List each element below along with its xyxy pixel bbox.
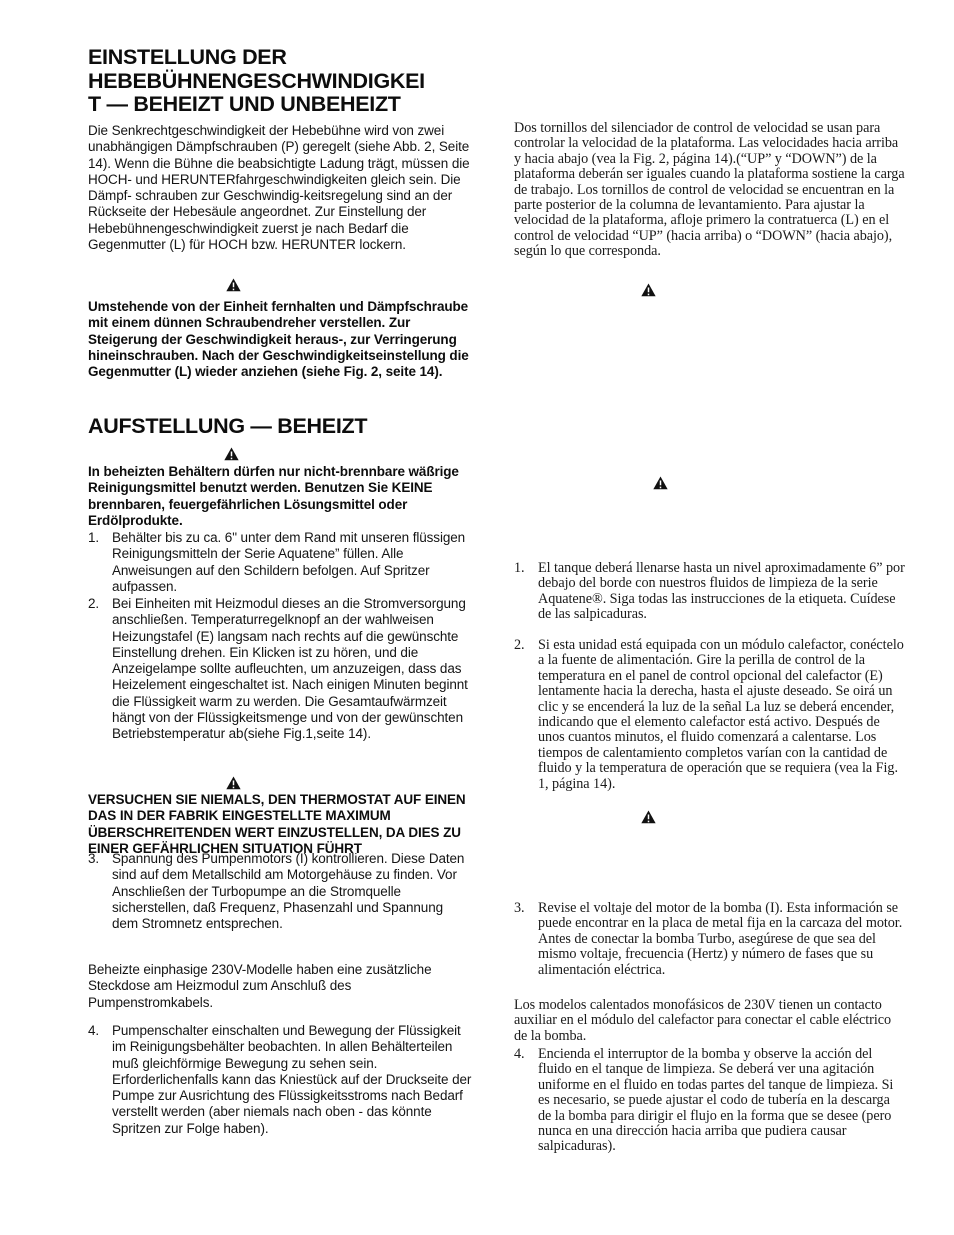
warning-triangle-icon (641, 283, 656, 297)
list-text: Spannung des Pumpenmotors (I) kontrollie… (112, 851, 472, 932)
list-number: 3. (88, 851, 112, 932)
section-title-setup-heated: AUFSTELLUNG — BEHEIZT (88, 415, 484, 438)
warning-triangle-icon (224, 447, 239, 461)
list-item-4-spanish: 4. Encienda el interruptor de la bomba y… (514, 1047, 906, 1155)
manual-page: EINSTELLUNG DER HEBEBÜHNENGESCHWINDIGKEI… (0, 0, 954, 1235)
warning-triangle-icon (226, 278, 241, 292)
list-text: Behälter bis zu ca. 6" unter dem Rand mi… (112, 530, 472, 595)
intro-paragraph-german: Die Senkrechtgeschwindigkeit der Hebebüh… (88, 123, 472, 253)
page-title-line2: HEBEBÜHNENGESCHWINDIGKEI (88, 70, 484, 94)
note-230v-spanish: Los modelos calentados monofásicos de 23… (514, 998, 906, 1044)
list-text: Revise el voltaje del motor de la bomba … (538, 901, 906, 978)
list-text: El tanque deberá llenarse hasta un nivel… (538, 561, 906, 623)
list-text: Bei Einheiten mit Heizmodul dieses an di… (112, 596, 472, 743)
list-number: 4. (514, 1047, 538, 1155)
warning-thermostat-german: VERSUCHEN SIE NIEMALS, DEN THERMOSTAT AU… (88, 792, 480, 857)
list-number: 1. (514, 561, 538, 623)
warning-triangle-icon (641, 810, 656, 824)
list-text: Pumpenschalter einschalten und Bewegung … (112, 1023, 472, 1137)
warning-heated-tanks-german: In beheizten Behältern dürfen nur nicht-… (88, 464, 474, 529)
note-230v-german: Beheizte einphasige 230V-Modelle haben e… (88, 962, 472, 1011)
page-title-line3: T — BEHEIZT UND UNBEHEIZT (88, 93, 484, 117)
list-item-2-spanish: 2. Si esta unidad está equipada con un m… (514, 638, 906, 792)
intro-paragraph-spanish: Dos tornillos del silenciador de control… (514, 121, 906, 260)
page-title-german: EINSTELLUNG DER HEBEBÜHNENGESCHWINDIGKEI… (88, 46, 484, 117)
list-number: 1. (88, 530, 112, 595)
list-item-3-german: 3. Spannung des Pumpenmotors (I) kontrol… (88, 851, 472, 932)
list-item-1-spanish: 1. El tanque deberá llenarse hasta un ni… (514, 561, 906, 623)
page-title-line1: EINSTELLUNG DER (88, 46, 484, 70)
list-number: 2. (514, 638, 538, 792)
list-text: Encienda el interruptor de la bomba y ob… (538, 1047, 906, 1155)
list-item-1-german: 1. Behälter bis zu ca. 6" unter dem Rand… (88, 530, 472, 595)
list-number: 4. (88, 1023, 112, 1137)
list-number: 2. (88, 596, 112, 743)
list-number: 3. (514, 901, 538, 978)
list-item-2-german: 2. Bei Einheiten mit Heizmodul dieses an… (88, 596, 472, 743)
warning-keep-away-german: Umstehende von der Einheit fernhalten un… (88, 299, 474, 380)
list-item-3-spanish: 3. Revise el voltaje del motor de la bom… (514, 901, 906, 978)
list-text: Si esta unidad está equipada con un módu… (538, 638, 906, 792)
warning-triangle-icon (653, 476, 668, 490)
list-item-4-german: 4. Pumpenschalter einschalten und Bewegu… (88, 1023, 472, 1137)
warning-triangle-icon (226, 776, 241, 790)
